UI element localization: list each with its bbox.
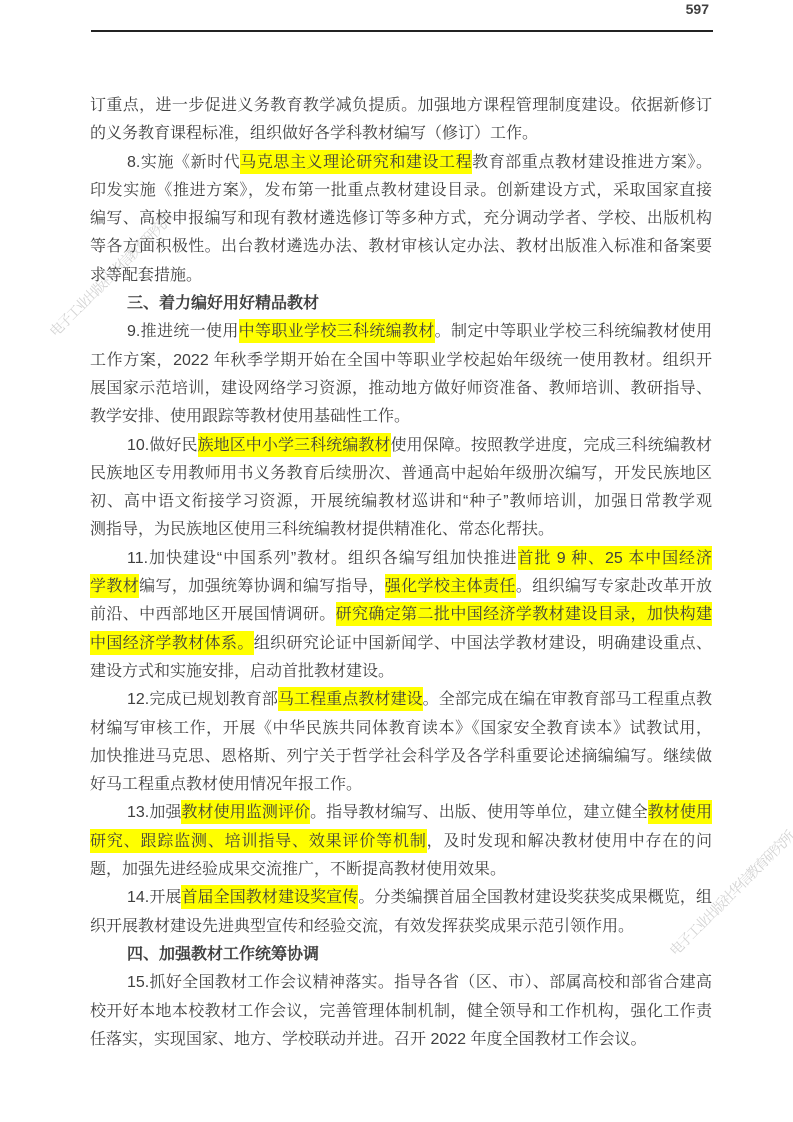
- text-segment: 组织研究论证中国新闻学、中国法学教材建设，明确建设重点、: [254, 635, 712, 652]
- highlighted-text: 族地区中小学三科统编教材: [198, 433, 391, 457]
- text-segment: 。指导教材编写、出版、使用等单位，建立健全: [310, 804, 648, 821]
- text-line: 织开展教材建设先进典型宣传和经验交流，有效发挥获奖成果示范引领作用。: [90, 913, 712, 941]
- text-segment: 8.实施《新时代: [127, 154, 240, 171]
- text-line: 8.实施《新时代马克思主义理论研究和建设工程教育部重点教材建设推进方案》。: [90, 149, 712, 177]
- text-line: 任落实，实现国家、地方、学校联动并进。召开 2022 年度全国教材工作会议。: [90, 1026, 712, 1054]
- text-line: 学教材编写，加强统筹协调和编写指导，强化学校主体责任。组织编写专家赴改革开放: [90, 573, 712, 601]
- section-heading: 三、着力编好用好精品教材: [90, 290, 712, 318]
- text-segment: 题，加强先进经验成果交流推广，不断提高教材使用效果。: [90, 861, 506, 878]
- text-line: 订重点，进一步促进义务教育教学减负提质。加强地方课程管理制度建设。依据新修订: [90, 92, 712, 120]
- text-segment: 。组织编写专家赴改革开放: [516, 578, 712, 595]
- highlighted-text: 教材使用: [648, 800, 712, 824]
- text-segment: 12.完成已规划教育部: [127, 691, 278, 708]
- text-segment: 初、高中语文衔接学习资源，开展统编教材巡讲和“种子”教师培训，加强日常教学观: [90, 493, 712, 510]
- text-segment: 13.加强: [127, 804, 181, 821]
- text-line: 校开好本地本校教材工作会议，完善管理体制机制，健全领导和工作机构，强化工作责: [90, 998, 712, 1026]
- text-segment: 前沿、中西部地区开展国情调研。: [90, 606, 336, 623]
- text-line: 前沿、中西部地区开展国情调研。研究确定第二批中国经济学教材建设目录，加快构建: [90, 601, 712, 629]
- highlighted-text: 研究确定第二批中国经济学教材建设目录，加快构建: [336, 602, 712, 626]
- text-line: 9.推进统一使用中等职业学校三科统编教材。制定中等职业学校三科统编教材使用: [90, 318, 712, 346]
- text-segment: 编写，加强统筹协调和编写指导，: [139, 578, 385, 595]
- text-segment: 9.推进统一使用: [127, 323, 239, 340]
- highlighted-text: 教材使用监测评价: [181, 800, 310, 824]
- text-line: 中国经济学教材体系。组织研究论证中国新闻学、中国法学教材建设，明确建设重点、: [90, 630, 712, 658]
- text-line: 的义务教育课程标准，组织做好各学科教材编写（修订）工作。: [90, 120, 712, 148]
- highlighted-text: 首批 9 种、25 本中国经济: [518, 546, 712, 570]
- text-segment: 教育部重点教材建设推进方案》。: [472, 154, 712, 171]
- text-line: 工作方案，2022 年秋季学期开始在全国中等职业学校起始年级统一使用教材。组织开: [90, 347, 712, 375]
- text-segment: 校开好本地本校教材工作会议，完善管理体制机制，健全领导和工作机构，强化工作责: [90, 1003, 712, 1020]
- document-body: 订重点，进一步促进义务教育教学减负提质。加强地方课程管理制度建设。依据新修订的义…: [90, 92, 712, 1054]
- highlighted-text: 中国经济学教材体系。: [90, 631, 254, 655]
- text-line: 印发实施《推进方案》，发布第一批重点教材建设目录。创新建设方式，采取国家直接: [90, 177, 712, 205]
- text-segment: 三、着力编好用好精品教材: [127, 295, 319, 312]
- text-segment: 织开展教材建设先进典型宣传和经验交流，有效发挥获奖成果示范引领作用。: [90, 918, 634, 935]
- text-line: 11.加快建设“中国系列”教材。组织各编写组加快推进首批 9 种、25 本中国经…: [90, 545, 712, 573]
- text-segment: 民族地区专用教师用书义务教育后续册次、普通高中起始年级册次编写，开发民族地区: [90, 465, 712, 482]
- text-segment: 教学安排、使用跟踪等教材使用基础性工作。: [90, 408, 410, 425]
- text-segment: 使用保障。按照教学进度，完成三科统编教材: [391, 437, 712, 454]
- text-segment: 订重点，进一步促进义务教育教学减负提质。加强地方课程管理制度建设。依据新修订: [90, 97, 712, 114]
- text-segment: 10.做好民: [127, 437, 198, 454]
- page-number: 597: [686, 1, 709, 17]
- text-segment: 15.抓好全国教材工作会议精神落实。指导各省（区、市）、部属高校和部省合建高: [127, 974, 712, 991]
- highlighted-text: 中等职业学校三科统编教材: [239, 319, 435, 343]
- header-rule: [91, 30, 713, 32]
- section-heading: 四、加强教材工作统筹协调: [90, 941, 712, 969]
- text-segment: 任落实，实现国家、地方、学校联动并进。召开 2022 年度全国教材工作会议。: [90, 1031, 647, 1048]
- text-segment: 。分类编撰首届全国教材建设奖获奖成果概览，组: [358, 889, 712, 906]
- text-line: 好马工程重点教材使用情况年报工作。: [90, 771, 712, 799]
- text-segment: 的义务教育课程标准，组织做好各学科教材编写（修订）工作。: [90, 125, 538, 142]
- text-line: 加快推进马克思、恩格斯、列宁关于哲学社会科学及各学科重要论述摘编编写。继续做: [90, 743, 712, 771]
- text-line: 教学安排、使用跟踪等教材使用基础性工作。: [90, 403, 712, 431]
- text-segment: 四、加强教材工作统筹协调: [127, 946, 319, 963]
- text-segment: 加快推进马克思、恩格斯、列宁关于哲学社会科学及各学科重要论述摘编编写。继续做: [90, 748, 712, 765]
- text-line: 等各方面积极性。出台教材遴选办法、教材审核认定办法、教材出版准入标准和备案要: [90, 233, 712, 261]
- highlighted-text: 学教材: [90, 574, 139, 598]
- text-line: 12.完成已规划教育部马工程重点教材建设。全部完成在编在审教育部马工程重点教: [90, 686, 712, 714]
- text-segment: 建设方式和实施安排，启动首批教材建设。: [90, 663, 394, 680]
- highlighted-text: 马工程重点教材建设: [278, 687, 423, 711]
- highlighted-text: 首届全国教材建设奖宣传: [181, 885, 358, 909]
- text-line: 材编写审核工作，开展《中华民族共同体教育读本》《国家安全教育读本》试教试用，: [90, 715, 712, 743]
- highlighted-text: 研究、跟踪监测、培训指导、效果评价等机制: [90, 829, 427, 853]
- highlighted-text: 马克思主义理论研究和建设工程: [240, 150, 472, 174]
- text-line: 研究、跟踪监测、培训指导、效果评价等机制，及时发现和解决教材使用中存在的问: [90, 828, 712, 856]
- text-segment: 好马工程重点教材使用情况年报工作。: [90, 776, 362, 793]
- text-line: 14.开展首届全国教材建设奖宣传。分类编撰首届全国教材建设奖获奖成果概览，组: [90, 884, 712, 912]
- text-segment: 工作方案，2022 年秋季学期开始在全国中等职业学校起始年级统一使用教材。组织开: [90, 352, 712, 369]
- text-line: 编写、高校申报编写和现有教材遴选修订等多种方式，充分调动学者、学校、出版机构: [90, 205, 712, 233]
- text-segment: 测指导，为民族地区使用三科统编教材提供精准化、常态化帮扶。: [90, 521, 554, 538]
- text-line: 13.加强教材使用监测评价。指导教材编写、出版、使用等单位，建立健全教材使用: [90, 799, 712, 827]
- text-segment: 材编写审核工作，开展《中华民族共同体教育读本》《国家安全教育读本》试教试用，: [90, 720, 712, 737]
- text-segment: 14.开展: [127, 889, 181, 906]
- text-segment: 等各方面积极性。出台教材遴选办法、教材审核认定办法、教材出版准入标准和备案要: [90, 238, 712, 255]
- text-segment: 印发实施《推进方案》，发布第一批重点教材建设目录。创新建设方式，采取国家直接: [90, 182, 712, 199]
- text-segment: 11.加快建设“中国系列”教材。组织各编写组加快推进: [127, 550, 518, 567]
- text-line: 初、高中语文衔接学习资源，开展统编教材巡讲和“种子”教师培训，加强日常教学观: [90, 488, 712, 516]
- highlighted-text: 强化学校主体责任: [385, 574, 516, 598]
- text-segment: 编写、高校申报编写和现有教材遴选修订等多种方式，充分调动学者、学校、出版机构: [90, 210, 712, 227]
- text-line: 展国家示范培训，建设网络学习资源，推动地方做好师资准备、教师培训、教研指导、: [90, 375, 712, 403]
- text-segment: 。制定中等职业学校三科统编教材使用: [435, 323, 712, 340]
- text-segment: ，及时发现和解决教材使用中存在的问: [427, 833, 712, 850]
- text-line: 建设方式和实施安排，启动首批教材建设。: [90, 658, 712, 686]
- text-segment: 展国家示范培训，建设网络学习资源，推动地方做好师资准备、教师培训、教研指导、: [90, 380, 712, 397]
- text-line: 测指导，为民族地区使用三科统编教材提供精准化、常态化帮扶。: [90, 516, 712, 544]
- text-line: 求等配套措施。: [90, 262, 712, 290]
- text-line: 民族地区专用教师用书义务教育后续册次、普通高中起始年级册次编写，开发民族地区: [90, 460, 712, 488]
- text-line: 10.做好民族地区中小学三科统编教材使用保障。按照教学进度，完成三科统编教材: [90, 432, 712, 460]
- text-segment: 求等配套措施。: [90, 267, 202, 284]
- text-segment: 。全部完成在编在审教育部马工程重点教: [423, 691, 712, 708]
- text-line: 题，加强先进经验成果交流推广，不断提高教材使用效果。: [90, 856, 712, 884]
- text-line: 15.抓好全国教材工作会议精神落实。指导各省（区、市）、部属高校和部省合建高: [90, 969, 712, 997]
